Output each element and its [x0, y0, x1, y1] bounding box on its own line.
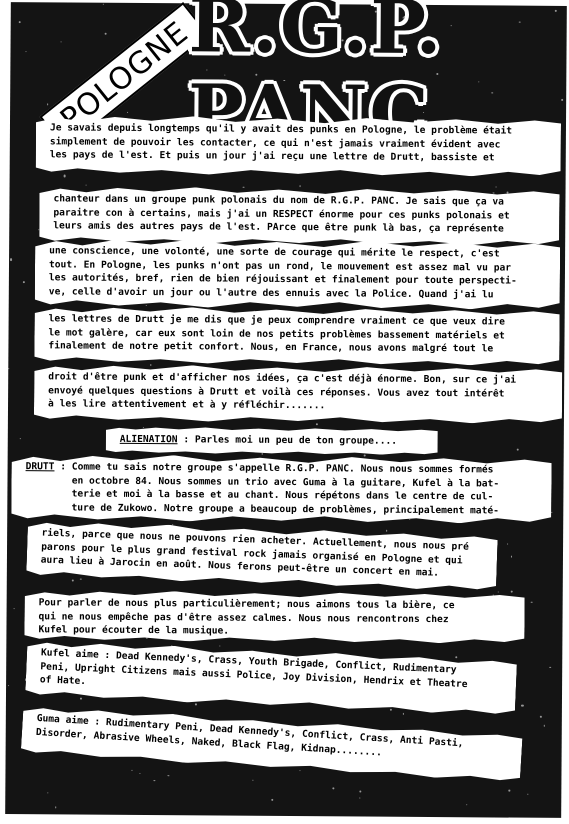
text-line: leurs amis des autres pays de l'est. PAr… [53, 220, 549, 237]
photocopy-speck [516, 448, 518, 450]
answer-strip-3: Pour parler de nous plus particulièremen… [24, 590, 524, 643]
photocopy-speck [507, 543, 508, 544]
photocopy-speck [359, 798, 360, 799]
text-line: les pays de l'est. Et puis un jour j'ai … [50, 149, 551, 166]
fanzine-page: POLOGNE R.G.P. PANC Je savais depuis lon… [5, 2, 567, 818]
photocopy-speck [252, 780, 253, 781]
photocopy-speck [390, 709, 392, 711]
photocopy-speck [80, 578, 82, 580]
respondent-label: DRUTT [26, 461, 55, 472]
photocopy-speck [511, 591, 513, 593]
photocopy-speck [139, 773, 140, 774]
text-line: ve, celle d'avoir un jour ou l'autre des… [49, 285, 550, 302]
photocopy-speck [14, 608, 15, 609]
photocopy-speck [493, 192, 495, 194]
photocopy-speck [146, 305, 147, 306]
photocopy-speck [551, 511, 552, 512]
text-line: finalement de notre petit confort. Nous,… [48, 340, 549, 357]
photocopy-speck [299, 186, 300, 187]
photocopy-speck [8, 685, 9, 686]
answer-strip-5: Guma aime : Rudimentary Peni, Dead Kenne… [21, 705, 523, 783]
photocopy-speck [154, 780, 156, 782]
photocopy-speck [360, 790, 362, 792]
intro-strip-2: chanteur dans un groupe punk polonais du… [39, 186, 559, 246]
photocopy-speck [402, 713, 404, 715]
photocopy-speck [168, 775, 169, 776]
photocopy-speck [531, 602, 532, 603]
photocopy-speck [63, 175, 65, 177]
photocopy-speck [550, 667, 551, 668]
text-line: : Comme tu sais notre groupe s'appelle R… [54, 461, 493, 475]
band-title: R.G.P. PANC [188, 11, 569, 129]
photocopy-speck [19, 438, 20, 439]
answer-strip-2: riels, parce que nous ne pouvons rien ac… [26, 520, 498, 592]
question-text: : Parles moi un peu de ton groupe.... [178, 434, 398, 447]
photocopy-speck [386, 530, 387, 531]
interviewer-label: ALIENATION [120, 434, 178, 445]
photocopy-speck [299, 770, 300, 771]
text-line: ture de Zukowo. Notre groupe a beaucoup … [25, 501, 541, 518]
photocopy-speck [543, 725, 544, 726]
photocopy-speck [271, 799, 273, 801]
photocopy-speck [506, 191, 508, 193]
photocopy-speck [495, 187, 496, 188]
photocopy-speck [8, 368, 9, 369]
photocopy-speck [19, 21, 21, 23]
photocopy-speck [10, 258, 12, 260]
intro-strip-3: une conscience, une volonté, une sorte d… [35, 238, 560, 310]
photocopy-speck [243, 186, 244, 187]
photocopy-speck [47, 104, 48, 105]
photocopy-speck [80, 698, 82, 700]
photocopy-speck [261, 453, 263, 455]
photocopy-speck [127, 112, 128, 113]
photocopy-speck [143, 427, 144, 428]
photocopy-speck [220, 646, 221, 647]
intro-strip-1: Je savais depuis longtemps qu'il y avait… [36, 115, 561, 177]
intro-strip-5: droit d'être punk et d'afficher nos idée… [34, 364, 562, 424]
photocopy-speck [85, 184, 87, 186]
photocopy-speck [527, 793, 528, 794]
photocopy-speck [61, 41, 62, 42]
photocopy-speck [508, 790, 509, 791]
photocopy-speck [171, 645, 172, 646]
photocopy-speck [102, 3, 103, 4]
intro-strip-4: les lettres de Drutt je me dis que je pe… [34, 306, 559, 366]
photocopy-speck [104, 33, 106, 35]
photocopy-speck [23, 282, 25, 284]
question-strip: ALIENATION : Parles moi un peu de ton gr… [106, 427, 438, 455]
photocopy-speck [132, 770, 133, 771]
photocopy-speck [364, 455, 366, 457]
photocopy-speck [47, 792, 48, 793]
photocopy-speck [195, 704, 197, 706]
photocopy-speck [172, 524, 173, 525]
answer-strip-1: DRUTT : Comme tu sais notre groupe s'app… [11, 454, 551, 524]
answer-strip-4: Kufel aime : Dead Kennedy's, Crass, Yout… [25, 640, 517, 716]
photocopy-speck [55, 807, 56, 808]
photocopy-speck [540, 716, 542, 718]
photocopy-speck [332, 788, 334, 790]
photocopy-speck [409, 519, 410, 520]
photocopy-speck [497, 592, 498, 593]
photocopy-speck [521, 704, 523, 706]
photocopy-speck [150, 364, 152, 366]
photocopy-speck [316, 423, 318, 425]
photocopy-speck [466, 805, 467, 806]
photocopy-speck [26, 51, 27, 52]
photocopy-speck [511, 556, 512, 557]
photocopy-speck [72, 579, 74, 581]
photocopy-speck [456, 656, 458, 658]
